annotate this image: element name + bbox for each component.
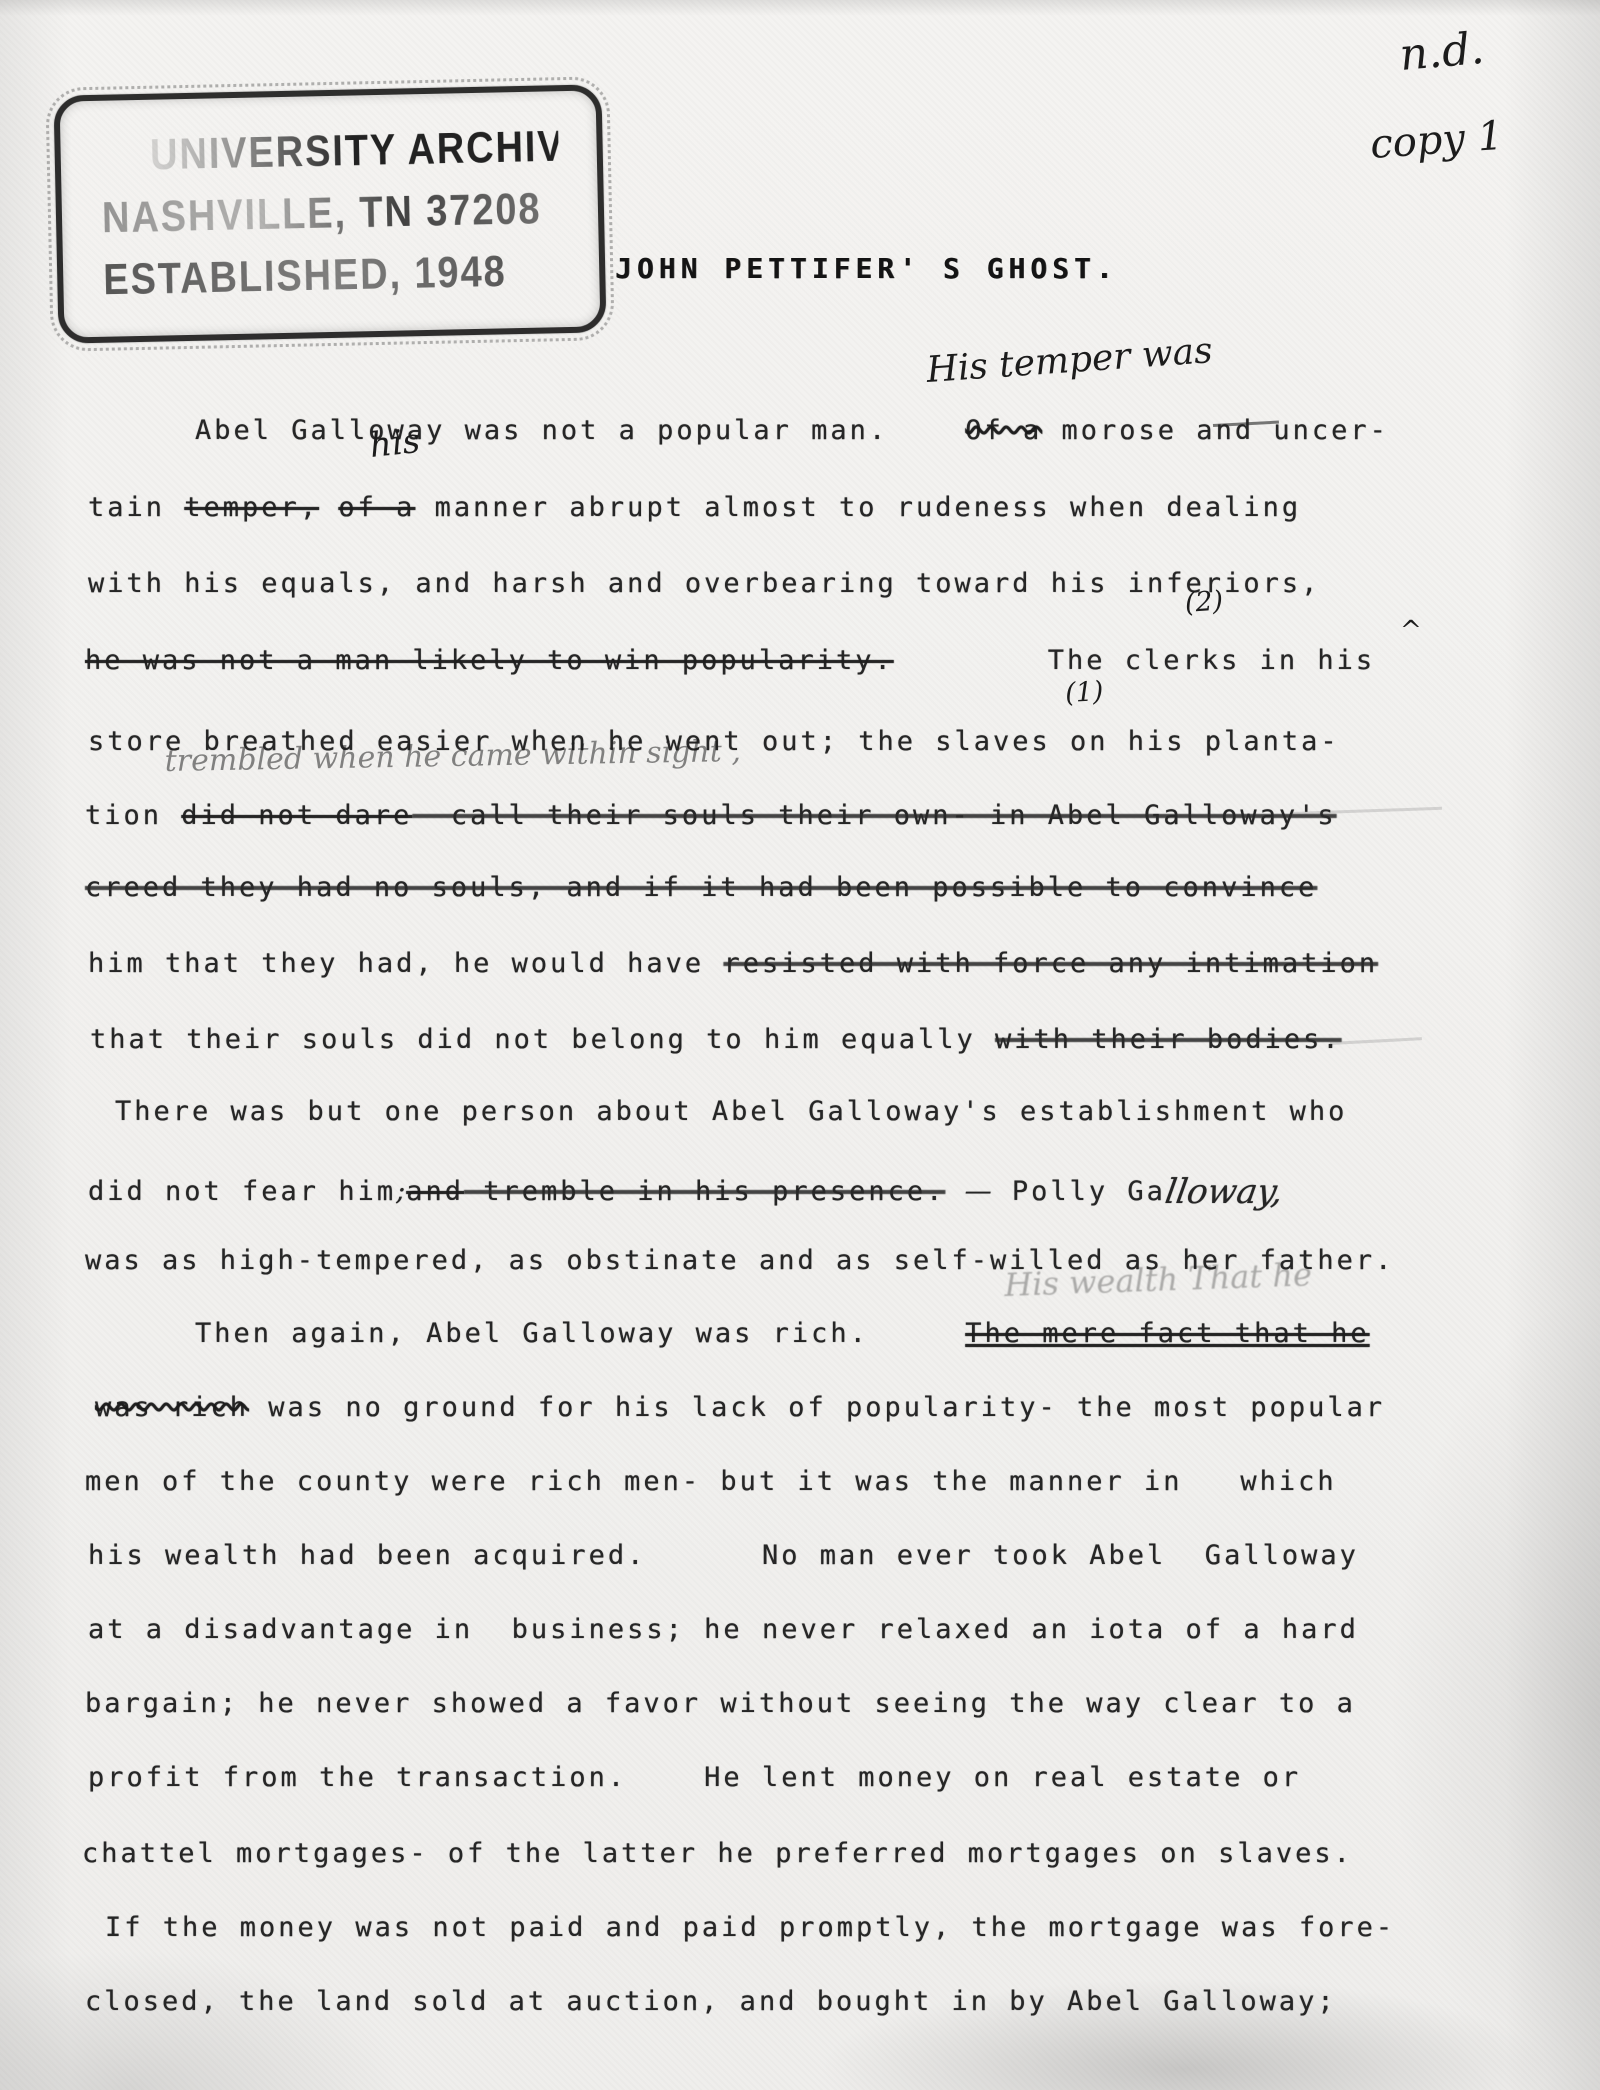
document-line: There was but one person about Abel Gall…: [115, 1096, 1347, 1127]
typewritten-text: [319, 492, 338, 523]
document-line: profit from the transaction. He lent mon…: [88, 1762, 1301, 1793]
edit-his-temper-was: His temper was: [925, 330, 1214, 391]
struck-text: resisted with force any intimation: [723, 948, 1378, 979]
typewritten-text: The clerks in his: [894, 645, 1375, 676]
document-line: tion did not dare call their souls their…: [85, 800, 1337, 831]
typewritten-text: chattel mortgages- of the latter he pref…: [82, 1838, 1353, 1869]
document-line: closed, the land sold at auction, and bo…: [85, 1986, 1337, 2017]
typewritten-text: at a disadvantage in business; he never …: [88, 1614, 1359, 1645]
struck-text: with their bodies.: [995, 1024, 1342, 1055]
struck-text: Of a: [965, 415, 1042, 446]
typewritten-text: was no ground for his lack of popularity…: [249, 1392, 1385, 1423]
typewritten-text: Then again, Abel Galloway was rich.: [195, 1318, 869, 1349]
struck-text: did not dare: [181, 800, 412, 831]
typewritten-text: closed, the land sold at auction, and bo…: [85, 1986, 1337, 2017]
document-line: did not fear him;and tremble in his pres…: [88, 1170, 1283, 1209]
document-line: tain temper, of a manner abrupt almost t…: [88, 492, 1301, 523]
typewritten-text: Abel Galloway was not a popular man.: [195, 415, 888, 446]
pen-smudge-line: [1330, 1037, 1422, 1045]
document-line: men of the county were rich men- but it …: [85, 1466, 1337, 1497]
document-page: UNIVERSITY ARCHIVES NASHVILLE, TN 37208 …: [0, 0, 1600, 2090]
typewritten-text: [945, 1176, 964, 1207]
typewritten-text: with his equals, and harsh and overbeari…: [88, 568, 1320, 599]
typewritten-text: [869, 1318, 965, 1349]
document-line: creed they had no souls, and if it had b…: [85, 872, 1317, 903]
document-line: his wealth had been acquired. No man eve…: [88, 1540, 1359, 1571]
handwritten-text: ;: [396, 1176, 406, 1207]
typewritten-text: tain: [88, 492, 184, 523]
typewritten-text: that their souls did not belong to him e…: [90, 1024, 995, 1055]
mark-2: (2): [1184, 585, 1224, 619]
struck-text: tremble in his presence.: [464, 1176, 945, 1207]
typewritten-text: tion: [85, 800, 181, 831]
typewritten-text: [888, 415, 965, 446]
typewritten-text: If the money was not paid and paid promp…: [105, 1912, 1395, 1943]
document-line: him that they had, he would have resiste…: [88, 948, 1378, 979]
typewritten-text: did not fear him: [88, 1176, 396, 1207]
document-line: at a disadvantage in business; he never …: [88, 1614, 1359, 1645]
annotation-no-date: n.d.: [1398, 23, 1487, 81]
page-title: JOHN PETTIFER' S GHOST.: [615, 252, 1118, 285]
typewritten-text: There was but one person about Abel Gall…: [115, 1096, 1347, 1127]
annotation-copy-number: copy 1: [1369, 113, 1505, 168]
typewritten-text: men of the county were rich men- but it …: [85, 1466, 1337, 1497]
struck-text: creed they had no souls, and if it had b…: [85, 872, 1317, 903]
typewritten-text: his wealth had been acquired. No man eve…: [88, 1540, 1359, 1571]
typewritten-text: manner abrupt almost to rudeness when de…: [415, 492, 1301, 523]
struck-text: The mere fact that he: [965, 1318, 1369, 1349]
typewritten-text: profit from the transaction. He lent mon…: [88, 1762, 1301, 1793]
typewritten-text: morose and uncer-: [1042, 415, 1389, 446]
typewritten-text: him that they had, he would have: [88, 948, 723, 979]
edit-his: his: [368, 421, 422, 466]
document-line: he was not a man likely to win popularit…: [85, 645, 1375, 676]
struck-text: call their souls their own- in Abel Gall…: [412, 800, 1336, 831]
document-line: Then again, Abel Galloway was rich. The …: [195, 1318, 1370, 1349]
document-line: If the money was not paid and paid promp…: [105, 1912, 1395, 1943]
document-line: chattel mortgages- of the latter he pref…: [82, 1838, 1353, 1869]
document-line: that their souls did not belong to him e…: [90, 1024, 1342, 1055]
document-line: was rich was no ground for his lack of p…: [95, 1392, 1385, 1423]
struck-text: and: [406, 1176, 464, 1207]
typewritten-text: bargain; he never showed a favor without…: [85, 1688, 1356, 1719]
struck-text: temper,: [184, 492, 319, 523]
stamp-line-established: ESTABLISHED, 1948: [103, 236, 562, 314]
typewritten-text: Polly Ga: [993, 1176, 1166, 1207]
handwritten-text: lloway,: [1162, 1173, 1285, 1212]
mark-1: (1): [1064, 676, 1104, 709]
document-line: with his equals, and harsh and overbeari…: [88, 568, 1320, 599]
struck-text: he was not a man likely to win popularit…: [85, 645, 894, 676]
archives-stamp: UNIVERSITY ARCHIVES NASHVILLE, TN 37208 …: [53, 84, 606, 343]
handwritten-text: —: [965, 1176, 993, 1207]
caret-mark: ^: [1400, 616, 1422, 646]
document-line: bargain; he never showed a favor without…: [85, 1688, 1356, 1719]
struck-text: of a: [338, 492, 415, 523]
struck-text: was rich: [95, 1392, 249, 1423]
